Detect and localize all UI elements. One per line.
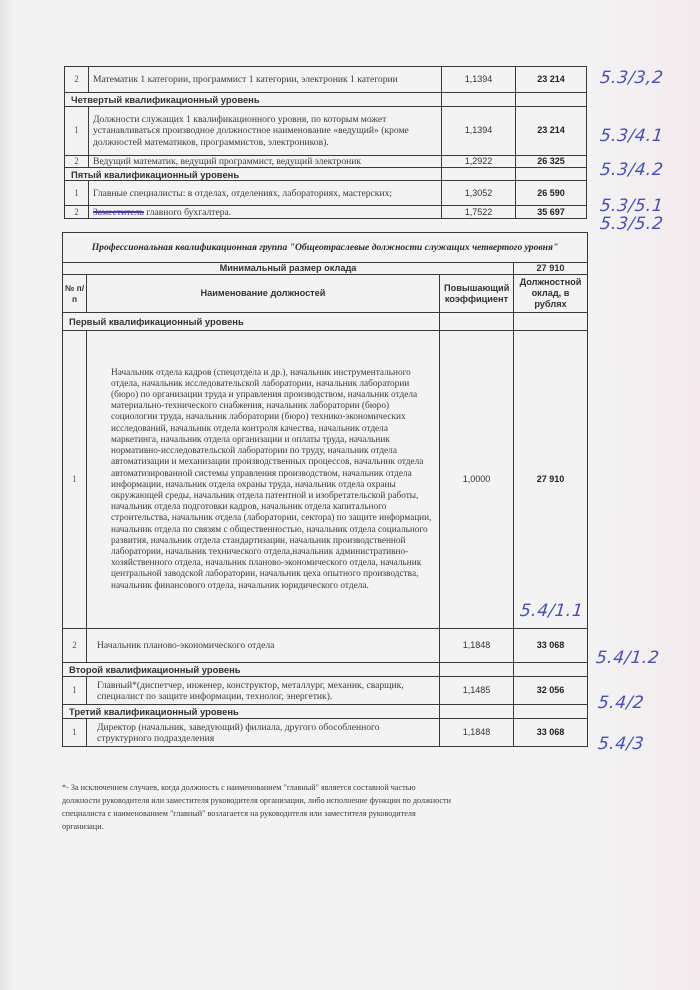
row-number: 1	[63, 677, 87, 705]
salary: 23 214	[516, 107, 587, 156]
salary: 23 214	[516, 67, 587, 93]
level-label: Первый квалификационный уровень	[63, 313, 440, 331]
position-name: Главные специалисты: в отделах, отделени…	[89, 181, 442, 206]
salary: 35 697	[516, 206, 587, 219]
salary: 33 068	[513, 719, 587, 747]
coefficient: 1,1848	[439, 719, 513, 747]
row-number: 2	[65, 67, 89, 93]
position-name: Математик 1 категории, программист 1 кат…	[89, 67, 442, 93]
paper-stamp-tint	[590, 0, 700, 990]
header-name: Наименование должностей	[87, 275, 440, 313]
position-name: Ведущий математик, ведущий программист, …	[89, 156, 442, 168]
coefficient: 1,1394	[442, 67, 516, 93]
row-number: 1	[63, 331, 87, 629]
position-name: Заместитель главного бухгалтера.	[89, 206, 442, 219]
top-values-table: 1,139423 214 1,139423 214 1,292226 325 1…	[441, 66, 587, 219]
row-number: 2	[65, 206, 89, 219]
salary: 27 910	[513, 331, 587, 629]
row-number: 1	[63, 719, 87, 747]
handwritten-note: 5.3/5.2	[599, 214, 664, 234]
top-salary-table: 2 Математик 1 категории, программист 1 к…	[64, 66, 442, 219]
handwritten-note: 5.3/4.1	[599, 126, 664, 146]
header-num: № п/п	[63, 275, 87, 313]
table-row: 1 Начальник отдела кадров (спецотдела и …	[63, 331, 588, 629]
coefficient: 1,1485	[439, 677, 513, 705]
min-salary-label: Минимальный размер оклада	[63, 263, 514, 275]
level-label: Второй квалификационный уровень	[63, 663, 440, 677]
level-row: Четвертый квалификационный уровень	[65, 93, 442, 107]
handwritten-note: 5.3/4.2	[599, 160, 664, 180]
salary: 26 590	[516, 181, 587, 206]
level-label: Третий квалификационный уровень	[63, 705, 440, 719]
handwritten-note: 5.4/2	[597, 693, 645, 713]
row-number: 2	[63, 629, 87, 663]
group-title-row: Профессиональная квалификационная группа…	[63, 233, 588, 263]
salary: 26 325	[516, 156, 587, 168]
header-coef: Повышающий коэффициент	[439, 275, 513, 313]
position-name: Директор (начальник, заведующий) филиала…	[87, 719, 440, 747]
coefficient: 1,0000	[439, 331, 513, 629]
row-number: 1	[65, 107, 89, 156]
table-row: 1 Директор (начальник, заведующий) филиа…	[63, 719, 588, 747]
position-name: Начальник отдела кадров (спецотдела и др…	[87, 331, 440, 629]
header-salary: Должностной оклад, в рублях	[513, 275, 587, 313]
footnote: *- За исключением случаев, когда должнос…	[62, 781, 452, 833]
table-row: 2 Заместитель главного бухгалтера.	[65, 206, 442, 219]
coefficient: 1,1848	[439, 629, 513, 663]
level-label: Пятый квалификационный уровень	[65, 168, 442, 181]
coefficient: 1,2922	[442, 156, 516, 168]
handwritten-note: 5.3/3,2	[599, 68, 664, 88]
table-row: 2 Математик 1 категории, программист 1 к…	[65, 67, 442, 93]
level-row: Второй квалификационный уровень	[63, 663, 588, 677]
level-row: Первый квалификационный уровень	[63, 313, 588, 331]
table-row: 1 Главный*(диспетчер, инженер, конструкт…	[63, 677, 588, 705]
coefficient: 1,7522	[442, 206, 516, 219]
group-title: Профессиональная квалификационная группа…	[63, 233, 588, 263]
scan-edge-shadow	[0, 0, 14, 990]
group-salary-table: Профессиональная квалификационная группа…	[62, 232, 588, 747]
handwritten-note: 5.4/1.1	[519, 601, 584, 621]
position-name: Начальник планово-экономического отдела	[87, 629, 440, 663]
row-number: 1	[65, 181, 89, 206]
table-row: 1 Должности служащих 1 квалификационного…	[65, 107, 442, 156]
salary: 32 056	[513, 677, 587, 705]
min-salary-row: Минимальный размер оклада 27 910	[63, 263, 588, 275]
table-row: 1 Главные специалисты: в отделах, отделе…	[65, 181, 442, 206]
level-row: Пятый квалификационный уровень	[65, 168, 442, 181]
salary: 33 068	[513, 629, 587, 663]
min-salary-value: 27 910	[513, 263, 587, 275]
table-row: 2 Начальник планово-экономического отдел…	[63, 629, 588, 663]
coefficient: 1,3052	[442, 181, 516, 206]
row-number: 2	[65, 156, 89, 168]
handwritten-note: 5.4/1.2	[595, 648, 660, 668]
level-label: Четвертый квалификационный уровень	[65, 93, 442, 107]
table-row: 2 Ведущий математик, ведущий программист…	[65, 156, 442, 168]
header-row: № п/п Наименование должностей Повышающий…	[63, 275, 588, 313]
coefficient: 1,1394	[442, 107, 516, 156]
position-name: Главный*(диспетчер, инженер, конструктор…	[87, 677, 440, 705]
position-name-rest: главного бухгалтера.	[144, 207, 231, 218]
handwritten-note: 5.4/3	[597, 734, 645, 754]
position-name: Должности служащих 1 квалификационного у…	[89, 107, 442, 156]
struck-text: Заместитель	[93, 207, 144, 218]
handwritten-note: 5.3/5.1	[599, 196, 664, 216]
level-row: Третий квалификационный уровень	[63, 705, 588, 719]
